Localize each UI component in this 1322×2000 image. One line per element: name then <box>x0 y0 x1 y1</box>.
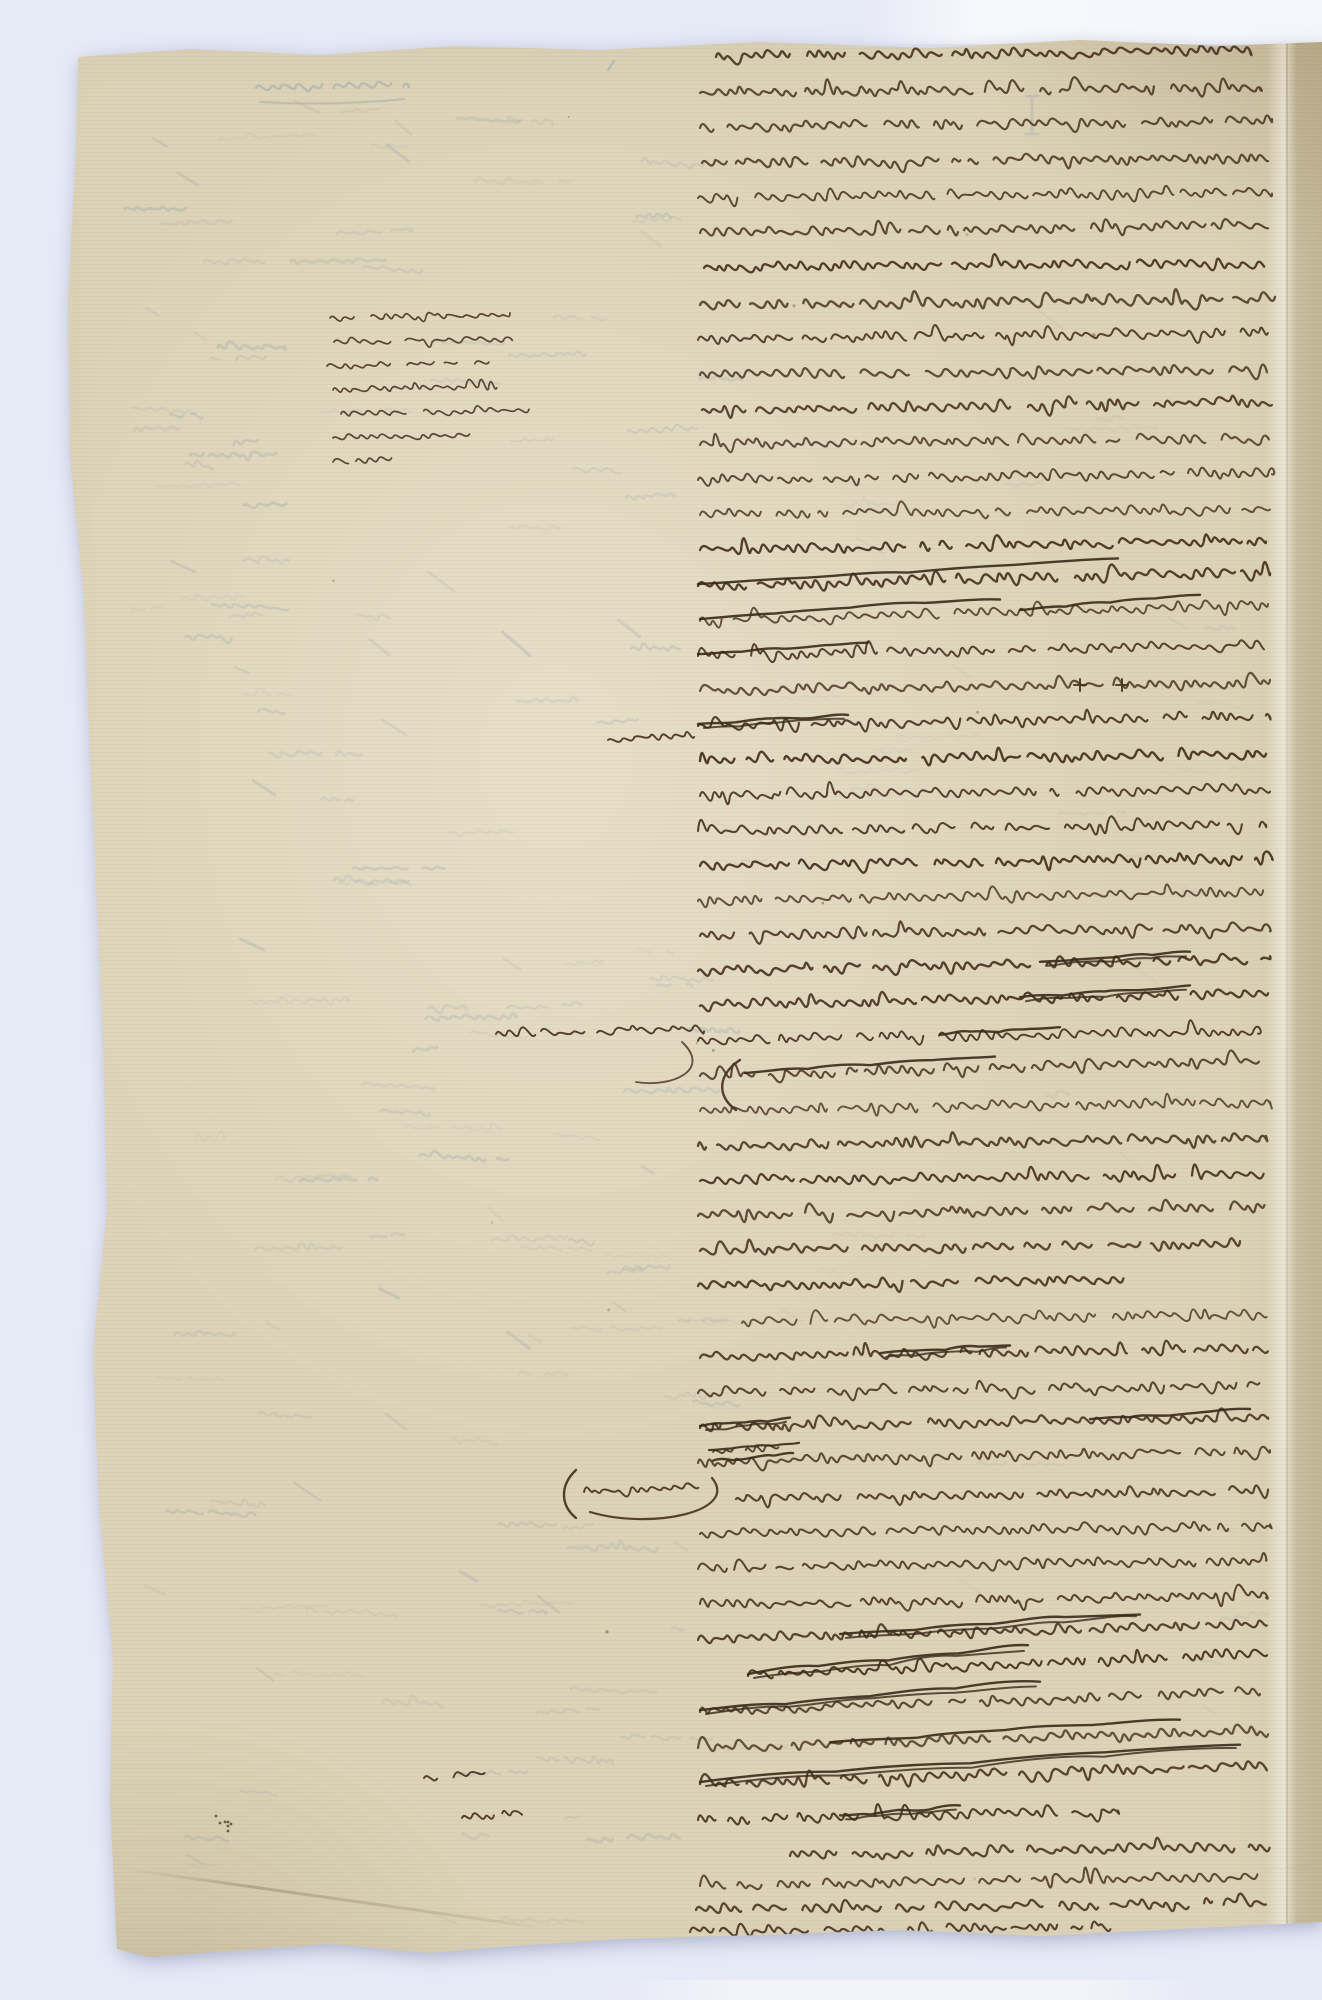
handwriting-layer <box>0 0 1322 2000</box>
paper-sheet <box>0 0 1322 2000</box>
note-bottom-a <box>424 1772 485 1781</box>
note-nivellirt <box>564 1443 799 1519</box>
note-bottom-b <box>462 1811 522 1819</box>
main-text-lines <box>690 45 1275 1936</box>
note-allgemein <box>496 1026 704 1084</box>
margin-annotation-block <box>327 313 529 464</box>
paper-shadow-wrap <box>0 0 1322 2000</box>
note-derselbe <box>608 732 694 742</box>
manuscript-scan <box>0 0 1322 2000</box>
pencil-marks <box>256 61 1038 134</box>
foxing-specks <box>332 116 1101 1880</box>
note-dots <box>215 1815 233 1833</box>
